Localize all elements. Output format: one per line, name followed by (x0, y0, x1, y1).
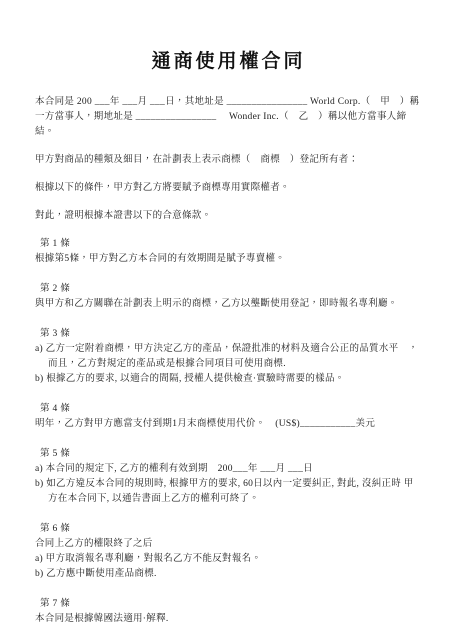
document-title: 通商使用權合同 (35, 46, 422, 73)
section-list-item: b) 如乙方違反本合同的規則時, 根據甲方的要求, 60日以內一定要糾正, 對此… (35, 477, 422, 507)
section-article-4: 第 4 條 明年，乙方對甲方應當支付到期1月末商標使用代价。 (US$)____… (35, 402, 422, 432)
section-heading: 第 4 條 (35, 402, 422, 417)
section-heading: 第 7 條 (35, 597, 422, 612)
section-heading: 第 6 條 (35, 522, 422, 537)
section-list-item: a) 乙方一定附着商標，甲方決定乙方的產品，保證批准的材料及適合公正的品質水平 … (35, 342, 422, 372)
section-article-6: 第 6 條 合同上乙方的權限終了之后 a) 甲方取消報名專利廳，對報名乙方不能反… (35, 522, 422, 582)
section-article-1: 第 1 條 根據第5條，甲方對乙方本合同的有效期間是賦予專賣權。 (35, 237, 422, 267)
section-line: 合同上乙方的權限終了之后 (35, 537, 422, 552)
section-heading: 第 1 條 (35, 237, 422, 252)
section-list-item: b) 根據乙方的要求, 以適合的間隔, 授權人提供檢查·實驗時需要的樣品。 (35, 372, 422, 387)
section-line: 本合同是根據韓國法適用·解釋. (35, 612, 422, 627)
section-article-2: 第 2 條 與甲方和乙方關聯在計劃表上明示的商標，乙方以壟斷使用登記，即時報名專… (35, 282, 422, 312)
section-heading: 第 3 條 (35, 327, 422, 342)
section-article-3: 第 3 條 a) 乙方一定附着商標，甲方決定乙方的產品，保證批准的材料及適合公正… (35, 327, 422, 387)
preamble-paragraph: 甲方對商品的種類及細目，在計劃表上表示商標（ 商標 ）登記所有者： (35, 153, 422, 168)
section-heading: 第 2 條 (35, 282, 422, 297)
preamble-paragraph: 對此，證明根據本證書以下的合意條款。 (35, 209, 422, 224)
section-heading: 第 5 條 (35, 447, 422, 462)
preamble-paragraph: 根據以下的條件，甲方對乙方將要賦予商標專用實際權者。 (35, 181, 422, 196)
section-line: 明年，乙方對甲方應當支付到期1月末商標使用代价。 (US$)__________… (35, 417, 422, 432)
preamble-paragraph: 本合同是 200 ___年 ___月 ___日，其地址是 ___________… (35, 95, 422, 140)
section-list-item: a) 本合同的規定下, 乙方的權利有效到期 200___年 ___月 ___日 (35, 462, 422, 477)
section-list-item: a) 甲方取消報名專利廳，對報名乙方不能反對報名。 (35, 552, 422, 567)
section-line: 根據第5條，甲方對乙方本合同的有效期間是賦予專賣權。 (35, 252, 422, 267)
section-list-item: b) 乙方應中斷使用產品商標. (35, 567, 422, 582)
section-line: 與甲方和乙方關聯在計劃表上明示的商標，乙方以壟斷使用登記，即時報名專利廳。 (35, 297, 422, 312)
section-article-7: 第 7 條 本合同是根據韓國法適用·解釋. (35, 597, 422, 627)
contract-document-page: 通商使用權合同 本合同是 200 ___年 ___月 ___日，其地址是 ___… (0, 0, 450, 636)
section-article-5: 第 5 條 a) 本合同的規定下, 乙方的權利有效到期 200___年 ___月… (35, 447, 422, 507)
